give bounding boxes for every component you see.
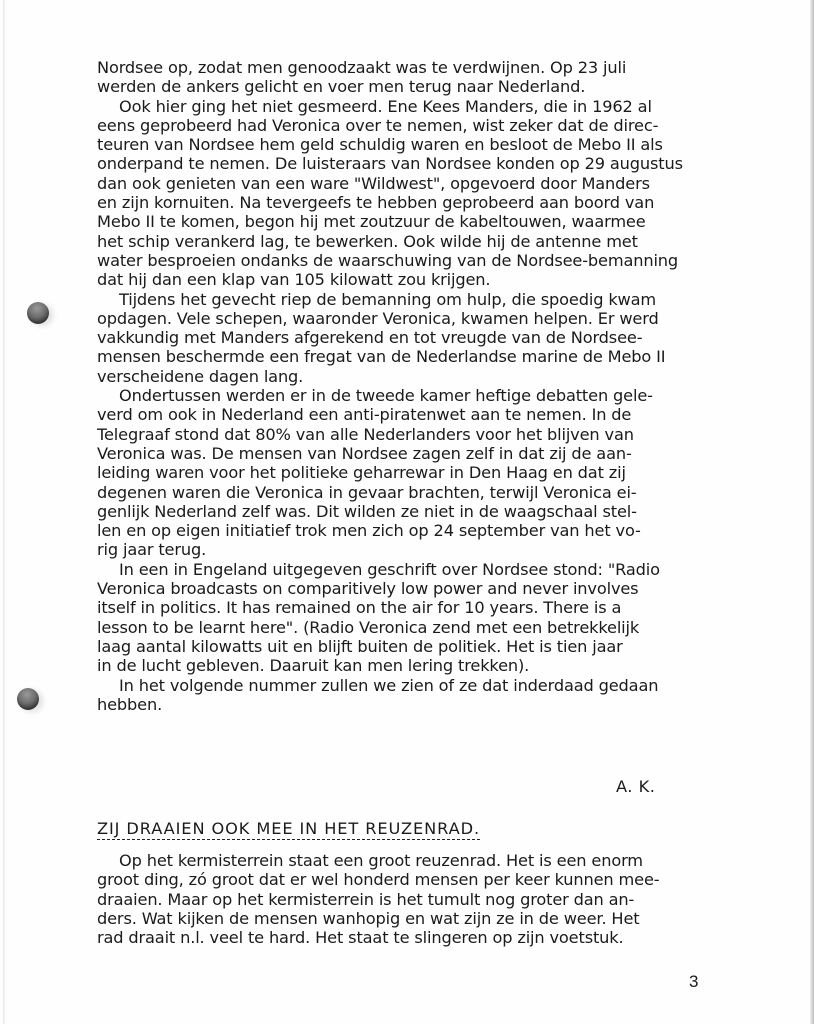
paragraph: Ondertussen werden er in de tweede kamer… [97, 386, 717, 560]
document-page: Nordsee op, zodat men genoodzaakt was te… [0, 0, 814, 1024]
text-line: len en op eigen initiatief trok men zich… [97, 521, 717, 540]
text-line: Nordsee op, zodat men genoodzaakt was te… [97, 58, 717, 77]
section-heading: ZIJ DRAAIEN OOK MEE IN HET REUZENRAD. [97, 820, 480, 840]
text-line: groot ding, zó groot dat er wel honderd … [97, 870, 717, 889]
text-line: Ook hier ging het niet gesmeerd. Ene Kee… [97, 97, 717, 116]
text-line: rig jaar terug. [97, 540, 717, 559]
text-line: itself in politics. It has remained on t… [97, 598, 717, 617]
paragraph: Nordsee op, zodat men genoodzaakt was te… [97, 58, 717, 97]
text-line: In het volgende nummer zullen we zien of… [97, 676, 717, 695]
page-right-edge [810, 0, 814, 1024]
text-line: verscheidene dagen lang. [97, 367, 717, 386]
section-body: Op het kermisterrein staat een groot reu… [97, 851, 717, 947]
text-line: Telegraaf stond dat 80% van alle Nederla… [97, 425, 717, 444]
text-line: Mebo II te komen, begon hij met zoutzuur… [97, 212, 717, 231]
text-line: hebben. [97, 695, 717, 714]
text-line: Tijdens het gevecht riep de bemanning om… [97, 290, 717, 309]
text-line: draaien. Maar op het kermisterrein is he… [97, 890, 717, 909]
punch-hole-icon [17, 688, 39, 710]
text-line: in de lucht gebleven. Daaruit kan men le… [97, 656, 717, 675]
text-line: genlijk Nederland zelf was. Dit wilden z… [97, 502, 717, 521]
paragraph: In een in Engeland uitgegeven geschrift … [97, 560, 717, 676]
page-number: 3 [689, 972, 698, 992]
text-line: In een in Engeland uitgegeven geschrift … [97, 560, 717, 579]
text-line: dan ook genieten van een ware "Wildwest"… [97, 174, 717, 193]
text-line: leiding waren voor het politieke geharre… [97, 463, 717, 482]
author-signature: A. K. [616, 777, 655, 796]
paragraph: Op het kermisterrein staat een groot reu… [97, 851, 717, 947]
page-left-edge [3, 0, 5, 1024]
text-line: teuren van Nordsee hem geld schuldig war… [97, 135, 717, 154]
text-line: dat hij dan een klap van 105 kilowatt zo… [97, 270, 717, 289]
text-line: degenen waren die Veronica in gevaar bra… [97, 483, 717, 502]
text-line: ders. Wat kijken de mensen wanhopig en w… [97, 909, 717, 928]
text-line: mensen beschermde een fregat van de Nede… [97, 347, 717, 366]
punch-hole-icon [27, 302, 49, 324]
text-line: opdagen. Vele schepen, waaronder Veronic… [97, 309, 717, 328]
text-line: Veronica broadcasts on comparitively low… [97, 579, 717, 598]
text-line: verd om ook in Nederland een anti-pirate… [97, 405, 717, 424]
text-line: vakkundig met Manders afgerekend en tot … [97, 328, 717, 347]
text-line: eens geprobeerd had Veronica over te nem… [97, 116, 717, 135]
text-line: onderpand te nemen. De luisteraars van N… [97, 154, 717, 173]
text-line: Ondertussen werden er in de tweede kamer… [97, 386, 717, 405]
paragraph: Ook hier ging het niet gesmeerd. Ene Kee… [97, 97, 717, 290]
text-line: laag aantal kilowatts uit en blijft buit… [97, 637, 717, 656]
paragraph: Tijdens het gevecht riep de bemanning om… [97, 290, 717, 386]
paragraph: In het volgende nummer zullen we zien of… [97, 676, 717, 715]
text-line: lesson to be learnt here". (Radio Veroni… [97, 618, 717, 637]
text-line: water besproeien ondanks de waarschuwing… [97, 251, 717, 270]
text-line: Op het kermisterrein staat een groot reu… [97, 851, 717, 870]
text-line: het schip verankerd lag, te bewerken. Oo… [97, 232, 717, 251]
article-body: Nordsee op, zodat men genoodzaakt was te… [97, 58, 717, 714]
text-line: en zijn kornuiten. Na tevergeefs te hebb… [97, 193, 717, 212]
text-line: Veronica was. De mensen van Nordsee zage… [97, 444, 717, 463]
text-line: rad draait n.l. veel te hard. Het staat … [97, 928, 717, 947]
text-line: werden de ankers gelicht en voer men ter… [97, 77, 717, 96]
